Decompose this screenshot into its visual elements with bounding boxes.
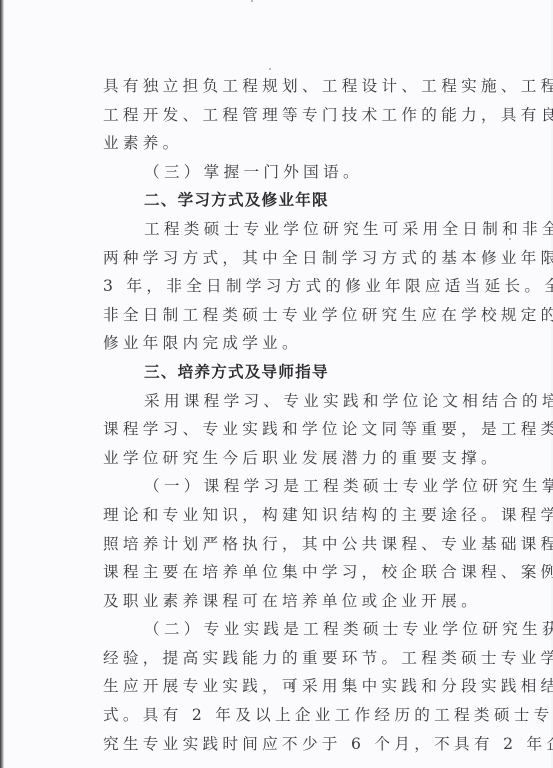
sub-item-line: （二）专业实践是工程类硕士专业学位研究生获得实践 xyxy=(103,615,495,644)
body-line: 3 年，非全日制学习方式的修业年限应适当延长。全日制和 xyxy=(103,272,495,301)
body-line: 理论和专业知识，构建知识结构的主要途径。课程学习须按 xyxy=(103,501,495,530)
body-line: 式。具有 2 年及以上企业工作经历的工程类硕士专业学位研 xyxy=(103,701,495,730)
body-line: 照培养计划严格执行，其中公共课程、专业基础课程和选修 xyxy=(103,530,495,559)
body-line: 课程学习、专业实践和学位论文同等重要，是工程类硕士专 xyxy=(103,415,495,444)
sub-item-line: （一）课程学习是工程类硕士专业学位研究生掌握基础 xyxy=(103,472,495,501)
scan-speck xyxy=(251,0,253,2)
section-heading: 二、学习方式及修业年限 xyxy=(103,186,495,215)
paragraph-start-line: 采用课程学习、专业实践和学位论文相结合的培养方式。 xyxy=(103,387,495,416)
scan-edge-shadow xyxy=(0,0,4,768)
body-line: 非全日制工程类硕士专业学位研究生应在学校规定的最长 xyxy=(103,301,495,330)
sub-item-line: （三）掌握一门外国语。 xyxy=(103,158,495,187)
body-line: 业素养。 xyxy=(103,129,495,158)
body-line: 修业年限内完成学业。 xyxy=(103,329,495,358)
section-heading: 三、培养方式及导师指导 xyxy=(103,358,495,387)
scan-speck xyxy=(526,577,528,579)
body-line: 课程主要在培养单位集中学习，校企联合课程、案例课程以 xyxy=(103,558,495,587)
body-line: 业学位研究生今后职业发展潜力的重要支撑。 xyxy=(103,444,495,473)
body-line: 及职业素养课程可在培养单位或企业开展。 xyxy=(103,587,495,616)
scan-speck xyxy=(269,68,271,70)
scan-speck xyxy=(509,238,511,240)
body-line: 经验，提高实践能力的重要环节。工程类硕士专业学位研究 xyxy=(103,644,495,673)
body-line: 工程开发、工程管理等专门技术工作的能力，具有良好的职 xyxy=(103,101,495,130)
body-line: 两种学习方式，其中全日制学习方式的基本修业年限为 2 至 xyxy=(103,244,495,273)
scanned-page: 具有独立担负工程规划、工程设计、工程实施、工程研究、 工程开发、工程管理等专门技… xyxy=(3,0,551,768)
body-line: 具有独立担负工程规划、工程设计、工程实施、工程研究、 xyxy=(103,72,495,101)
body-line: 究生专业实践时间应不少于 6 个月，不具有 2 年企业工作经 xyxy=(103,730,495,759)
body-line: 生应开展专业实践，可采用集中实践和分段实践相结合的方 xyxy=(103,672,495,701)
document-body: 具有独立担负工程规划、工程设计、工程实施、工程研究、 工程开发、工程管理等专门技… xyxy=(103,72,495,758)
paragraph-start-line: 工程类硕士专业学位研究生可采用全日制和非全日制 xyxy=(103,215,495,244)
page-number: 4 xyxy=(289,682,295,692)
